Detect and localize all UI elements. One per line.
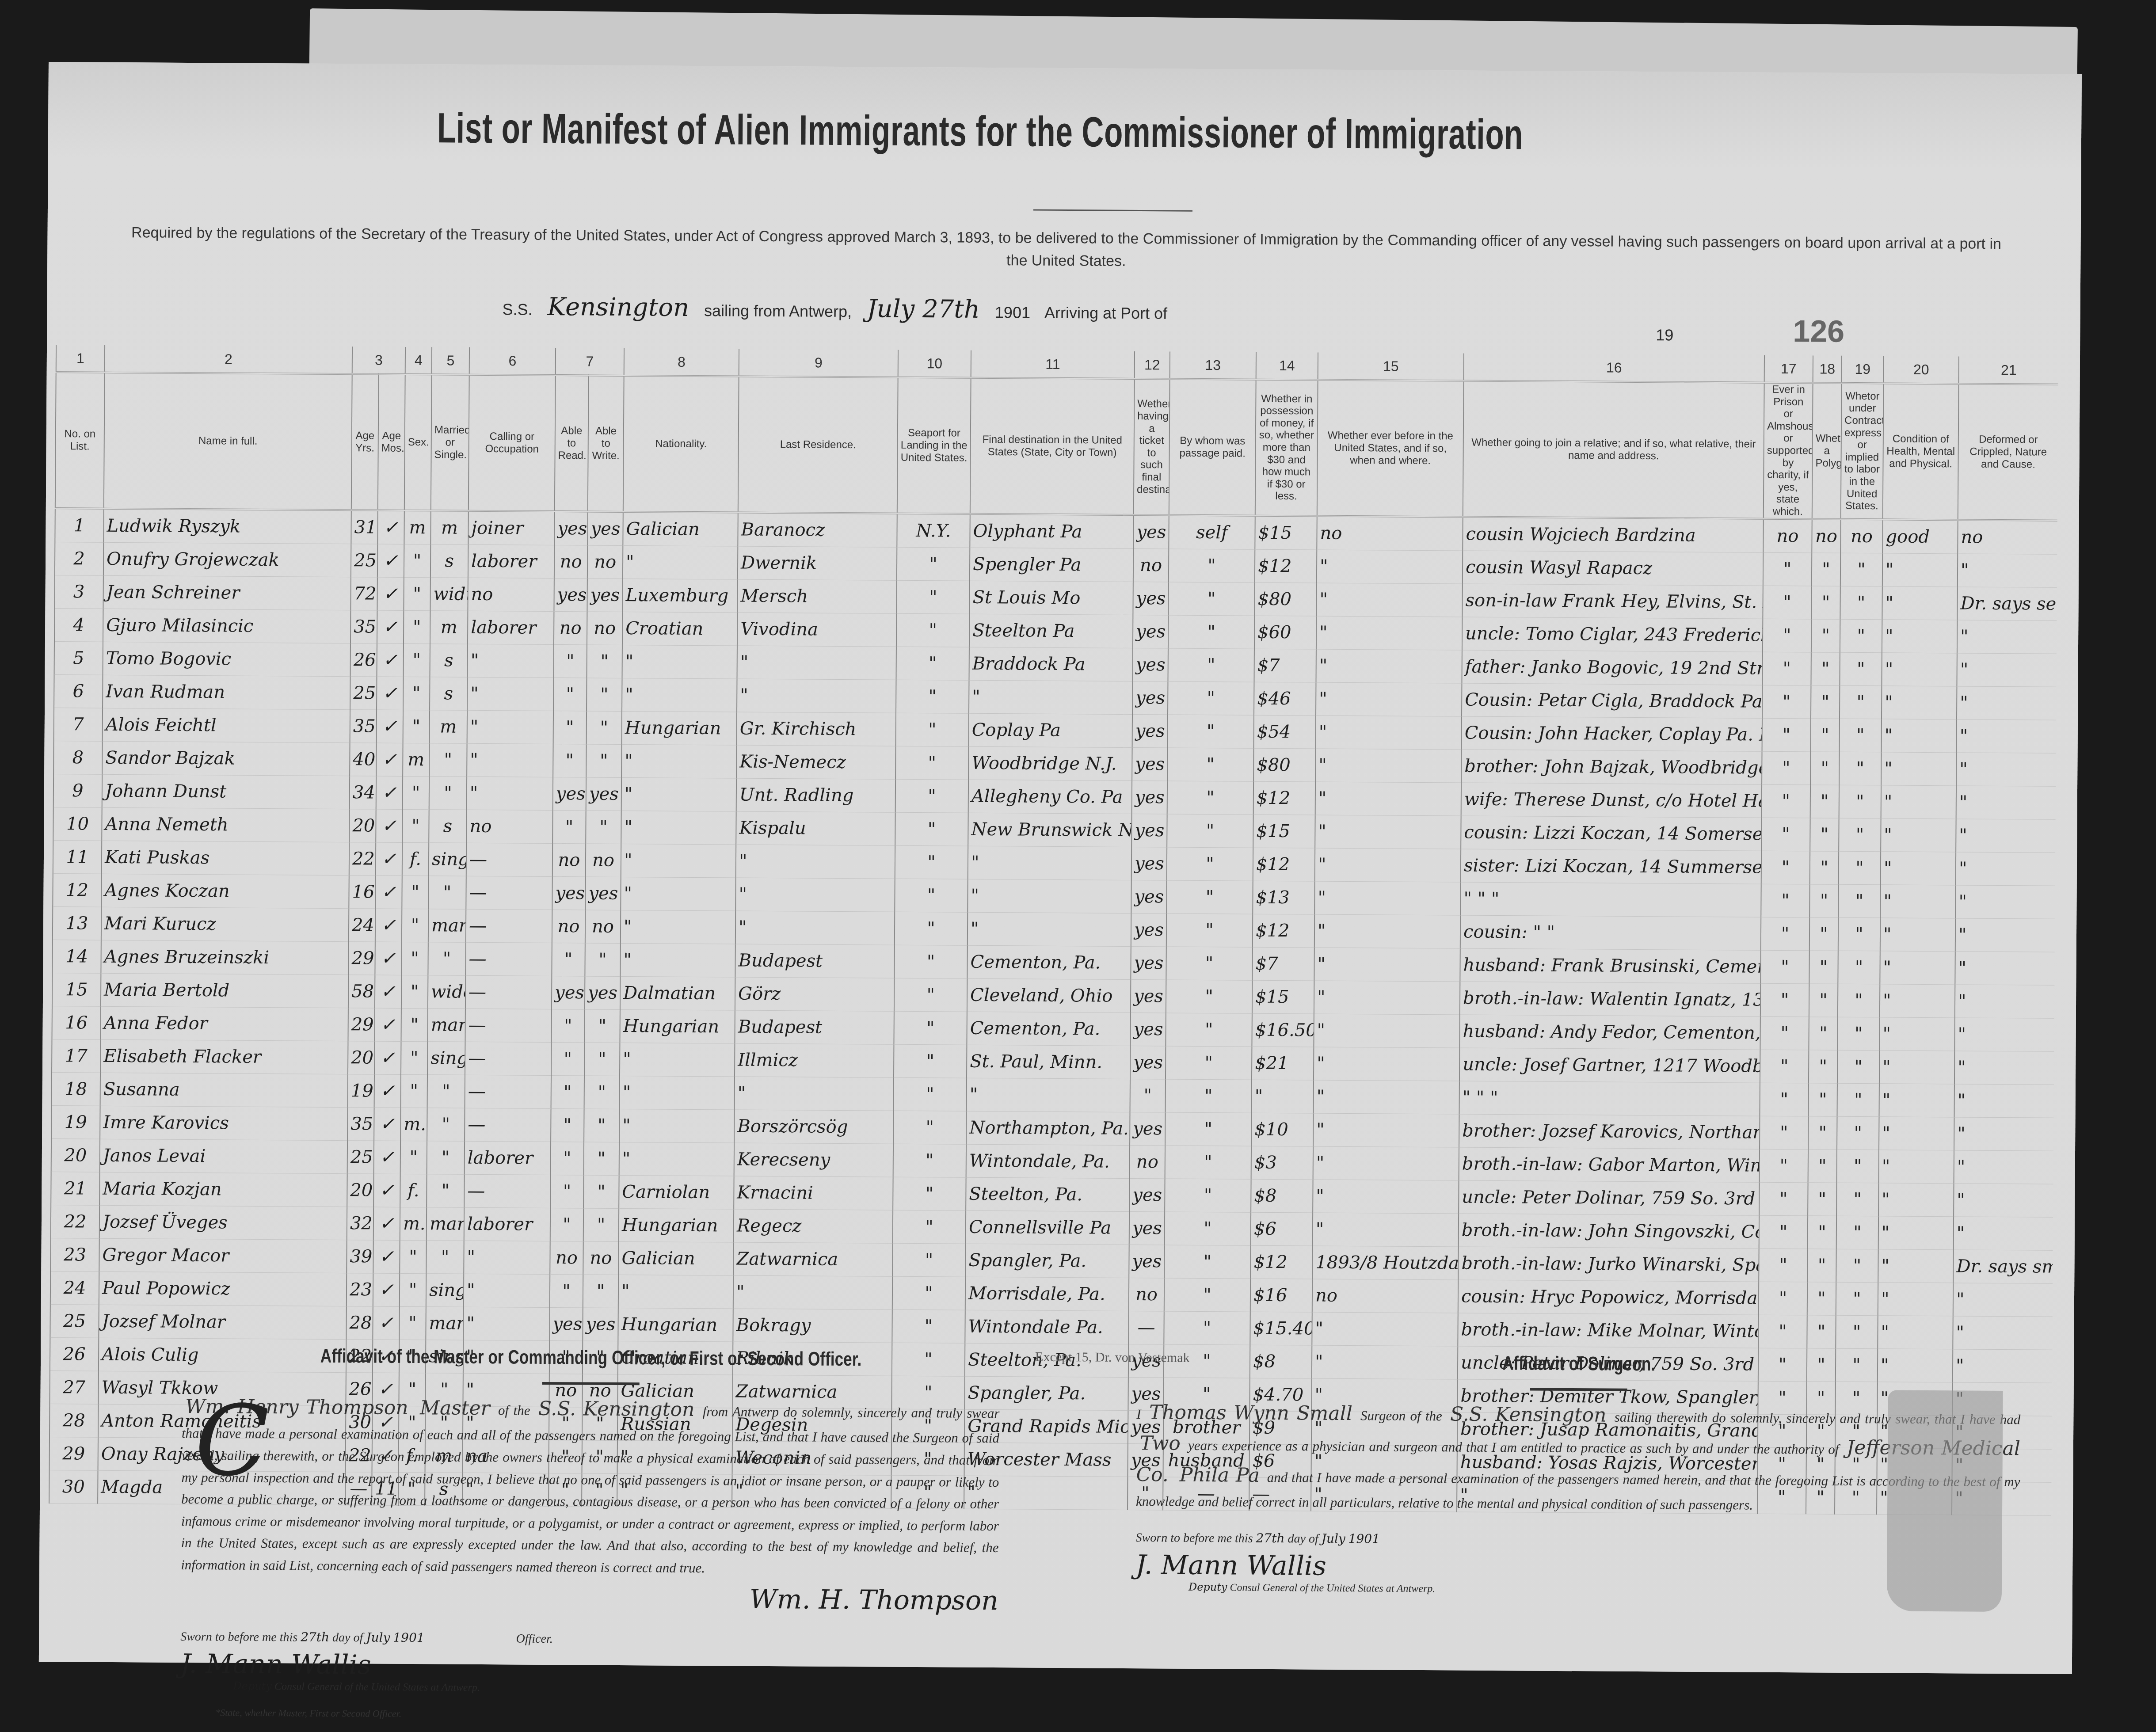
cell-before: " <box>1313 1180 1459 1214</box>
footnote: *State, whether Master, First or Second … <box>215 1707 401 1720</box>
divider <box>542 1382 640 1385</box>
cell-deformed: " <box>1956 785 2056 819</box>
cell-yrs: 23 <box>347 1273 373 1306</box>
cell-residence: Görz <box>735 977 894 1011</box>
cell-ticket: yes <box>1129 1245 1164 1278</box>
oath-line: years experience as a physician and <box>1188 1438 1390 1454</box>
cell-no: 27 <box>50 1370 98 1404</box>
cell-yrs: 19 <box>348 1074 374 1107</box>
cell-marital: s <box>430 677 467 710</box>
cell-residence: Mersch <box>737 579 896 613</box>
cell-write: " <box>584 1108 619 1142</box>
header-sex: Sex. <box>404 374 432 510</box>
cell-read: yes <box>552 876 585 910</box>
cell-health: " <box>1879 1150 1954 1183</box>
of-the-label: of the <box>498 1402 530 1418</box>
cell-ticket: yes <box>1130 1112 1165 1145</box>
cell-sex: " <box>403 677 430 710</box>
cell-polygamist: " <box>1812 552 1840 586</box>
cell-prison: " <box>1761 851 1810 884</box>
cell-marital: s <box>429 809 466 843</box>
cell-contract: " <box>1838 917 1880 951</box>
cell-destination: Northampton, Pa. <box>966 1111 1130 1145</box>
cell-occupation: — <box>466 909 552 943</box>
cell-marital: " <box>427 1074 465 1108</box>
cell-residence: Baranocz <box>738 512 897 547</box>
cell-before: " <box>1316 583 1462 617</box>
cell-contract: " <box>1840 619 1882 653</box>
cell-seaport: " <box>893 1210 966 1244</box>
cell-destination: Wintondale, Pa. <box>966 1144 1130 1178</box>
cell-deformed: " <box>1953 1316 2052 1349</box>
cell-destination: " <box>968 912 1131 946</box>
cell-prison: " <box>1759 1282 1807 1315</box>
page-title: List or Manifest of Alien Immigrants for… <box>437 104 1524 159</box>
cell-occupation: " <box>464 1274 550 1307</box>
cell-yrs: 20 <box>349 809 376 842</box>
cell-residence: Gr. Kirchisch <box>737 712 896 746</box>
col-num: 19 <box>1842 356 1884 384</box>
cell-before: " <box>1316 682 1462 716</box>
cell-yrs: 31 <box>351 510 377 544</box>
cell-ticket: yes <box>1132 714 1168 747</box>
cell-occupation: " <box>467 677 553 711</box>
cell-paid-by: " <box>1165 1179 1251 1212</box>
cell-write: " <box>585 943 620 976</box>
cell-contract: " <box>1838 951 1880 984</box>
cell-read: " <box>553 744 586 777</box>
cell-prison: no <box>1763 518 1812 552</box>
cell-residence: " <box>735 911 895 945</box>
cell-residence: Unt. Radling <box>736 778 895 812</box>
cell-money: $54 <box>1254 715 1316 749</box>
oath-line: in all particulars, relative to the ment… <box>1298 1495 1753 1513</box>
cell-prison: " <box>1760 1116 1808 1150</box>
cell-yrs: 26 <box>350 643 377 676</box>
cell-money: $12 <box>1255 549 1317 583</box>
cell-ticket: yes <box>1130 1046 1166 1079</box>
cell-marital: marr. <box>426 1306 463 1340</box>
cell-read: " <box>553 678 587 711</box>
cell-no: 10 <box>53 807 102 841</box>
cell-deformed: " <box>1954 1216 2053 1250</box>
cell-marital: " <box>427 1174 464 1207</box>
cell-prison: " <box>1760 1050 1809 1083</box>
header-polygamist: Whether a Polygamist. <box>1812 383 1842 519</box>
cell-name: Alois Feichtl <box>103 708 350 742</box>
cell-paid-by: " <box>1166 947 1252 980</box>
cell-yrs: 32 <box>347 1207 373 1240</box>
cell-money: $16 <box>1250 1279 1312 1312</box>
cell-seaport: " <box>896 680 969 713</box>
cell-read: " <box>551 1108 584 1142</box>
cell-name: Kati Puskas <box>102 841 349 875</box>
column-header-row: No. on List. Name in full. Age Yrs. Age … <box>55 372 2058 520</box>
cell-write: yes <box>585 876 621 910</box>
cell-ticket: no <box>1133 548 1169 582</box>
cell-sex: m. <box>400 1207 427 1240</box>
cell-read: " <box>551 1142 584 1175</box>
surgeon-of-label: Surgeon of the <box>1360 1408 1442 1424</box>
cell-prison: " <box>1763 586 1811 619</box>
cell-money: $12 <box>1253 781 1315 815</box>
cell-ticket: yes <box>1133 648 1168 681</box>
cell-no: 9 <box>53 774 102 807</box>
cell-sex: " <box>401 975 428 1008</box>
cell-name: Imre Karovics <box>100 1106 347 1140</box>
cell-nationality: Hungarian <box>618 1308 733 1342</box>
master-affidavit-body: Wm. Henry Thompson Master of the S.S. Ke… <box>181 1391 1000 1581</box>
cell-prison: " <box>1760 1083 1809 1116</box>
cell-nationality: " <box>621 877 735 911</box>
cell-destination: Cleveland, Ohio <box>967 978 1131 1013</box>
cell-no: 20 <box>51 1138 100 1172</box>
cell-contract: " <box>1836 1183 1878 1216</box>
cell-ticket: yes <box>1132 747 1167 780</box>
cell-write: " <box>587 678 622 711</box>
cell-nationality: " <box>620 1076 735 1110</box>
cell-residence: Bokragy <box>733 1309 892 1343</box>
cell-nationality: " <box>618 1275 733 1309</box>
cell-health: " <box>1882 652 1957 686</box>
arrival-year-blank: 19 <box>1656 326 1673 344</box>
cell-occupation: " <box>463 1307 549 1340</box>
cell-no: 1 <box>55 508 103 542</box>
cell-seaport: " <box>893 1177 966 1210</box>
cell-residence: Borszörcsög <box>734 1110 893 1144</box>
cell-occupation: " <box>467 710 553 744</box>
header-occupation: Calling or Occupation <box>469 375 556 511</box>
cell-residence: Illmicz <box>735 1043 894 1077</box>
cell-before: no <box>1312 1279 1458 1313</box>
header-marital: Married or Single. <box>431 374 469 510</box>
cell-mos: ✓ <box>374 1108 400 1141</box>
cell-residence: " <box>733 1275 892 1309</box>
cell-before: " <box>1313 1113 1459 1147</box>
cell-before: " <box>1316 616 1462 650</box>
cell-paid-by: " <box>1164 1311 1250 1345</box>
header-ticket: Wether having a ticket to such final des… <box>1134 379 1170 515</box>
cell-polygamist: " <box>1808 1149 1837 1182</box>
cell-write: yes <box>587 578 622 611</box>
cell-ticket: yes <box>1133 515 1169 549</box>
cell-yrs: 34 <box>350 776 376 809</box>
cell-polygamist: " <box>1811 619 1840 652</box>
cell-nationality: " <box>620 1043 735 1077</box>
cell-occupation: — <box>465 1075 551 1108</box>
cell-sex: m. <box>400 1108 427 1141</box>
cell-health: " <box>1882 586 1957 620</box>
cell-mos: ✓ <box>375 876 402 909</box>
cell-occupation: " <box>467 743 553 777</box>
cell-paid-by: " <box>1164 1278 1250 1312</box>
cell-paid-by: " <box>1168 582 1254 616</box>
cell-no: 18 <box>52 1072 100 1106</box>
cell-no: 15 <box>52 973 101 1006</box>
cell-write: " <box>587 644 622 678</box>
cell-marital: widr <box>430 577 468 611</box>
cell-before: " <box>1312 1312 1458 1346</box>
cell-health: " <box>1879 1116 1954 1150</box>
arriving-label: Arriving at Port of <box>1044 304 1167 323</box>
cell-name: Agnes Bruzeinszki <box>101 940 348 974</box>
sworn-day: 27th <box>301 1629 329 1644</box>
cell-mos: ✓ <box>377 510 404 544</box>
cell-residence: Krnacini <box>734 1176 893 1210</box>
cell-ticket: yes <box>1133 615 1168 648</box>
col-num: 17 <box>1764 355 1813 383</box>
cell-read: " <box>553 711 587 744</box>
cell-money: $16.50 <box>1252 1013 1314 1047</box>
cell-polygamist: " <box>1808 1215 1836 1249</box>
cell-nationality: " <box>622 678 737 712</box>
cell-relative: son-in-law Frank Hey, Elvins, St. Franço… <box>1462 584 1763 619</box>
cell-polygamist: " <box>1807 1282 1836 1315</box>
day-of-label: day of <box>332 1631 363 1644</box>
cell-polygamist: " <box>1809 1016 1837 1050</box>
cell-marital: m <box>430 710 467 743</box>
cell-write: " <box>586 810 621 843</box>
cell-nationality: " <box>621 744 736 778</box>
cell-write: " <box>583 1175 619 1208</box>
cell-relative: sister: Lizi Koczan, 14 Summersett Str. … <box>1461 849 1761 884</box>
cell-write: " <box>584 1075 620 1108</box>
col-num: 6 <box>469 347 556 375</box>
col-num: 16 <box>1464 354 1764 383</box>
cell-relative: wife: Therese Dunst, c/o Hotel Hammer, A… <box>1461 783 1762 818</box>
sworn-label: Sworn to before me this <box>180 1629 297 1644</box>
master-signature: Wm. H. Thompson <box>181 1580 998 1616</box>
cell-sex: " <box>402 809 429 842</box>
cell-paid-by: " <box>1168 615 1254 649</box>
cell-name: Johann Dunst <box>102 774 350 809</box>
cell-polygamist: " <box>1811 586 1840 619</box>
cell-money: $15 <box>1255 515 1317 549</box>
i-label: I <box>1136 1406 1141 1422</box>
ornament-divider <box>1033 209 1192 217</box>
cell-before: " <box>1314 948 1460 982</box>
cell-occupation: — <box>465 1042 551 1075</box>
cell-name: Jozsef Üveges <box>99 1205 347 1240</box>
cell-contract: " <box>1839 785 1881 818</box>
cell-money: $6 <box>1251 1212 1313 1246</box>
cell-seaport: " <box>894 1011 967 1045</box>
cell-relative: uncle: Peter Dolinar, 759 So. 3rd Str. S… <box>1459 1180 1759 1215</box>
cell-paid-by: " <box>1168 715 1254 748</box>
header-contract: Whetor under Contract, express or implie… <box>1841 383 1884 519</box>
cell-seaport: " <box>893 1111 966 1144</box>
cell-yrs: 72 <box>350 577 377 610</box>
cell-ticket: yes <box>1132 681 1168 714</box>
cell-relative: husband: Frank Brusinski, Cementon Pa. <box>1460 948 1760 983</box>
cell-marital: s <box>430 544 468 578</box>
cell-read: no <box>552 910 585 943</box>
cell-no: 6 <box>54 674 103 708</box>
cell-read: yes <box>549 1307 583 1340</box>
cell-residence: " <box>737 679 896 713</box>
cell-name: Anna Fedor <box>100 1006 348 1041</box>
cell-seaport: " <box>895 812 968 846</box>
cell-money: $80 <box>1254 582 1316 616</box>
cell-deformed: Dr. says senility, poor physique <box>1957 586 2057 620</box>
cell-sex: " <box>403 710 430 743</box>
master-ship: S.S. Kensington <box>538 1397 695 1421</box>
cell-health: " <box>1878 1183 1954 1216</box>
cell-marital: " <box>426 1240 464 1274</box>
cell-relative: " " " <box>1460 882 1761 917</box>
cell-before: " <box>1315 848 1461 882</box>
cell-health: " <box>1878 1315 1953 1349</box>
cell-relative: cousin Wasyl Rapacz <box>1463 551 1763 586</box>
cell-seaport: " <box>895 912 968 945</box>
cell-nationality: Croatian <box>622 612 737 646</box>
place: Phila Pa <box>1180 1463 1260 1486</box>
cell-before: 1893/8 Houtzdale, Pa. <box>1312 1246 1458 1280</box>
cell-seaport: " <box>896 580 969 614</box>
cell-prison: " <box>1760 1149 1808 1183</box>
surgeon-name: Thomas Wynn Small <box>1149 1401 1352 1425</box>
header-prison: Ever in Prison or Almshouse or supported… <box>1764 383 1813 519</box>
cell-health: " <box>1879 1050 1954 1084</box>
cell-read: " <box>550 1175 583 1208</box>
cell-prison: " <box>1762 652 1811 685</box>
cell-health: " <box>1881 785 1956 818</box>
deputy-label: Deputy <box>1188 1581 1227 1594</box>
cell-nationality: Galician <box>623 511 738 546</box>
cell-polygamist: " <box>1809 950 1838 983</box>
cell-yrs: 35 <box>350 709 377 742</box>
cell-mos: ✓ <box>377 610 404 643</box>
cell-money: $12 <box>1253 914 1314 948</box>
cell-deformed: " <box>1955 984 2054 1018</box>
cell-contract: " <box>1840 586 1882 620</box>
cell-name: Ludwik Ryszyk <box>103 508 351 544</box>
cell-occupation: — <box>464 1174 550 1208</box>
cell-residence: Zatwarnica <box>733 1242 892 1276</box>
voyage-line: S.S. Kensington sailing from Antwerp, Ju… <box>502 292 1178 325</box>
cell-yrs: 16 <box>349 875 375 908</box>
cell-polygamist: " <box>1810 851 1839 884</box>
years-experience: Two <box>1140 1432 1181 1455</box>
cell-residence: Budapest <box>735 944 894 978</box>
cell-money: $15.40 <box>1250 1312 1312 1345</box>
cell-no: 24 <box>50 1271 99 1305</box>
cell-mos: ✓ <box>377 544 404 577</box>
cell-marital: single <box>426 1273 464 1307</box>
cell-read: " <box>551 1075 584 1108</box>
cell-relative: cousin: Hryc Popowicz, Morrisdale, Pa. <box>1458 1280 1759 1315</box>
cell-money: $3 <box>1251 1146 1313 1180</box>
cell-destination: " <box>968 879 1131 913</box>
cell-money: $10 <box>1251 1113 1313 1146</box>
header-money: Whether in possession of money, if so, w… <box>1255 380 1318 516</box>
cell-occupation: " <box>464 1241 550 1274</box>
cell-seaport: " <box>896 613 969 647</box>
cell-prison: " <box>1758 1315 1807 1348</box>
cell-occupation: joiner <box>468 510 554 545</box>
cell-nationality: Carniolan <box>619 1175 734 1209</box>
page-number-stamp: 126 <box>1793 313 1844 349</box>
cell-no: 26 <box>50 1337 99 1371</box>
cell-marital: " <box>427 1141 465 1174</box>
cell-yrs: 35 <box>347 1107 374 1140</box>
cell-ticket: " <box>1130 1079 1166 1112</box>
cell-deformed: " <box>1954 1150 2053 1184</box>
cell-money: $8 <box>1251 1179 1313 1213</box>
cell-seaport: " <box>895 879 968 912</box>
cell-prison: " <box>1760 1016 1809 1050</box>
cell-prison: " <box>1761 884 1809 917</box>
cell-money: $15 <box>1252 980 1314 1014</box>
cell-occupation: — <box>465 942 552 976</box>
cell-sex: " <box>400 1273 426 1306</box>
cell-ticket: yes <box>1132 780 1167 814</box>
cell-relative: " " " <box>1459 1081 1760 1116</box>
cell-deformed: no <box>1958 520 2057 554</box>
cell-ticket: yes <box>1133 582 1168 615</box>
cell-marital: m <box>430 610 468 644</box>
cell-polygamist: " <box>1809 1050 1837 1083</box>
cell-occupation: — <box>465 975 552 1009</box>
cell-write: no <box>587 611 622 644</box>
cell-prison: " <box>1761 818 1810 851</box>
cell-health: " <box>1878 1249 1953 1283</box>
cell-paid-by: " <box>1168 648 1254 682</box>
cell-deformed: " <box>1957 686 2056 719</box>
cell-prison: " <box>1762 718 1811 752</box>
master-oath-text: sincerely and truly swear that I have ma… <box>181 1405 999 1576</box>
cell-name: Susanna <box>100 1073 348 1107</box>
cell-relative: brother: Jozsef Karovics, Northampton Pa… <box>1459 1114 1760 1149</box>
cell-health: " <box>1881 752 1956 785</box>
cell-paid-by: " <box>1168 681 1254 715</box>
cell-mos: ✓ <box>373 1240 400 1273</box>
cell-marital: single <box>429 842 466 876</box>
cell-no: 11 <box>53 840 102 874</box>
cell-prison: " <box>1759 1249 1807 1282</box>
header-no: No. on List. <box>55 372 105 508</box>
header-residence: Last Residence. <box>738 377 898 514</box>
cell-no: 21 <box>51 1172 99 1205</box>
cell-before: " <box>1314 914 1460 948</box>
cell-occupation: " <box>467 777 553 810</box>
oath-line: and that I have made a personal examinat… <box>1267 1469 1619 1487</box>
cell-sex: m <box>404 510 430 544</box>
cell-relative: father: Janko Bogovic, 19 2nd Str. Bradd… <box>1462 650 1763 685</box>
cell-marital: " <box>429 776 467 810</box>
cell-polygamist: " <box>1808 1182 1836 1215</box>
cell-no: 25 <box>50 1304 99 1338</box>
cell-money: $60 <box>1254 616 1316 649</box>
cell-occupation: — <box>466 876 552 910</box>
cell-no: 12 <box>53 873 101 907</box>
cell-relative: cousin Wojciech Bardzina <box>1463 517 1763 552</box>
cell-mos: ✓ <box>377 710 403 743</box>
cell-no: 13 <box>53 906 101 940</box>
cell-yrs: 24 <box>349 908 375 941</box>
cell-nationality: " <box>621 811 736 845</box>
cell-destination: St. Paul, Minn. <box>967 1045 1130 1079</box>
header-paid-by: By whom was passage paid. <box>1169 379 1256 516</box>
cell-write: yes <box>585 976 620 1009</box>
cell-nationality: " <box>620 943 735 977</box>
cell-relative: Cousin: John Hacker, Coplay Pa. Lehigh C… <box>1462 716 1762 751</box>
oath-line: surgeon and that I am entitled to practi… <box>1394 1439 1839 1457</box>
cell-before: " <box>1316 716 1462 750</box>
cell-nationality: Hungarian <box>619 1208 734 1242</box>
cell-mos: ✓ <box>373 1207 400 1240</box>
cell-sex: " <box>404 610 430 643</box>
